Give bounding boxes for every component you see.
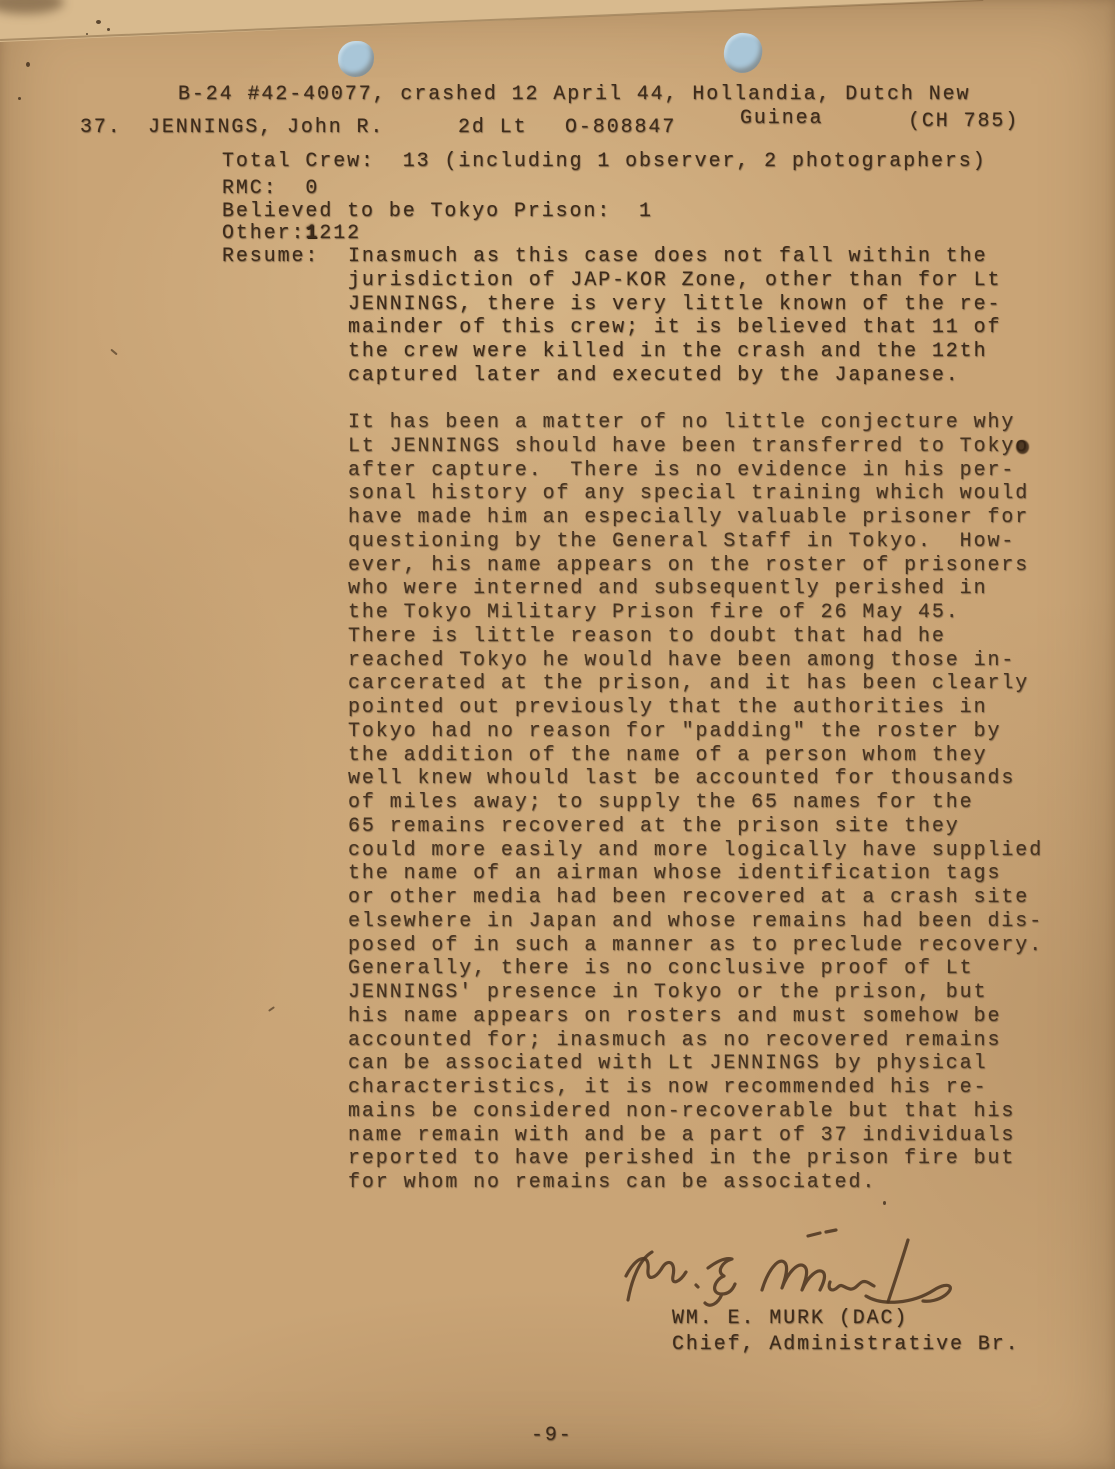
location-wrap: Guinea <box>740 107 823 131</box>
stray-mark <box>268 1006 275 1012</box>
resume-paragraph-2: It has been a matter of no little conjec… <box>348 411 1043 1195</box>
field-other: Other:1212 <box>222 222 361 246</box>
field-other-overstrike: 1 <box>305 222 319 245</box>
field-total-crew: Total Crew: 13 (including 1 observer, 2 … <box>222 150 987 174</box>
page-number: -9- <box>531 1424 573 1448</box>
case-reference: (CH 785) <box>908 110 1019 134</box>
signature-title: Chief, Administrative Br. <box>672 1333 1020 1357</box>
field-resume-label: Resume: <box>222 245 319 269</box>
stray-mark <box>110 349 117 356</box>
serviceman-serial: O-808847 <box>565 116 676 140</box>
field-other-label: Other: <box>222 222 305 245</box>
hole-punch-left <box>338 41 374 77</box>
resume-paragraph-1: Inasmuch as this case does not fall with… <box>348 245 1001 388</box>
paper-speck <box>26 62 30 67</box>
serviceman-rank: 2d Lt <box>458 116 528 140</box>
header-crash-line: B-24 #42-40077, crashed 12 April 44, Hol… <box>178 83 970 107</box>
field-rmc: RMC: 0 <box>222 177 319 201</box>
paper-speck <box>883 1201 886 1205</box>
scanned-document-page: B-24 #42-40077, crashed 12 April 44, Hol… <box>0 0 1115 1469</box>
field-other-value: 212 <box>319 222 361 245</box>
page-top-edge <box>0 0 1115 42</box>
serviceman-name: JENNINGS, John R. <box>148 116 384 140</box>
ink-blot <box>1016 440 1029 454</box>
paper-speck <box>96 20 101 24</box>
paper-speck <box>86 33 88 35</box>
field-believed-tokyo-prison: Believed to be Tokyo Prison: 1 <box>222 200 653 224</box>
signature-typed-name: WM. E. MURK (DAC) <box>672 1307 908 1331</box>
hole-punch-right <box>721 31 764 76</box>
paper-speck <box>18 97 21 100</box>
paper-speck <box>107 28 110 31</box>
case-number: 37. <box>80 116 122 140</box>
